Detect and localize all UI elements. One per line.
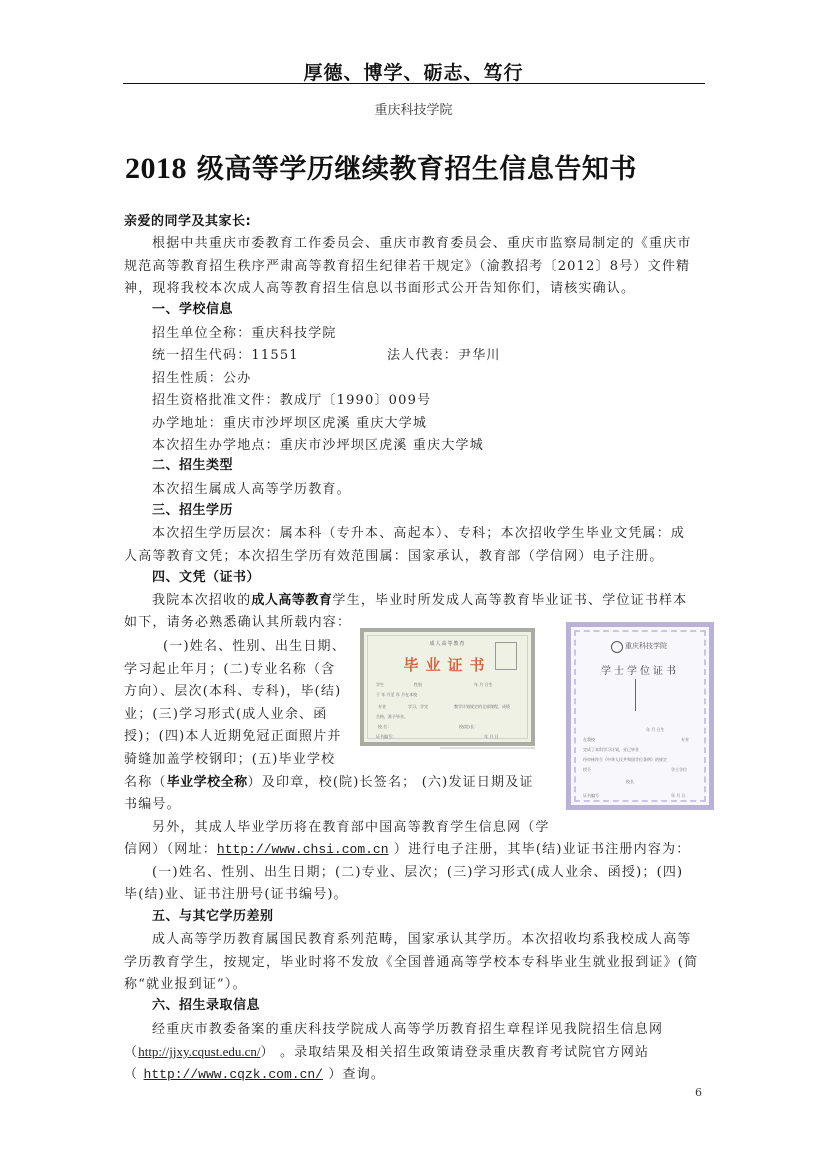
cqzk-link[interactable]: http://www.cqzk.com.cn/: [144, 1067, 323, 1082]
section-4-p1-line-1: 我院本次招收的成人高等教育学生，毕业时所发成人高等教育毕业证书、学位证书样本: [152, 593, 687, 609]
school-motto: 厚德、博学、砺志、笃行: [0, 58, 827, 85]
section-6-heading: 六、招生录取信息: [152, 998, 260, 1014]
degree-title: 学士学位证书: [571, 662, 709, 677]
section-5-line-3: 称“就业报到证”）。: [124, 977, 247, 993]
unit-name: 招生单位全称：重庆科技学院: [152, 326, 337, 342]
section-4-p2-line-3: (一)姓名、性别、出生日期；(二)专业、层次；(三)学习形式(成人业余、函授)；…: [152, 865, 683, 881]
section-5-line-1: 成人高等学历教育属国民教育系列范畴，国家承认其学历。本次招收均系我校成人高等: [152, 932, 692, 948]
cert-item-line-6: 骑缝加盖学校钢印；(五)毕业学校: [124, 752, 335, 768]
enrollment-nature: 招生性质：公办: [152, 371, 251, 387]
section-3-line-2: 人高等教育文凭；本次招生学历有效范围属：国家承认，教育部（学信网）电子注册。: [124, 549, 664, 565]
degree-school-name: 重庆科技学院: [625, 641, 667, 651]
section-1-heading: 一、学校信息: [152, 302, 233, 318]
section-3-line-1: 本次招生学历层次：属本科（专升本、高起本）、专科；本次招收学生毕业文凭属：成: [152, 526, 685, 542]
section-4-p1-line-2: 如下，请务必熟悉确认其所载内容：: [124, 615, 351, 631]
approval-document: 招生资格批准文件：教成厅〔1990〕009号: [152, 393, 431, 409]
cert-item-line-8: 书编号。: [124, 797, 181, 813]
cert-item-line-5: 授)；(四)本人近期免冠正面照片并: [124, 729, 342, 745]
title-year: 2018: [125, 152, 187, 185]
section-6-line-2: （http://jjxy.cqust.edu.cn/） 。录取结果及相关招生政策…: [124, 1044, 649, 1061]
legal-representative: 法人代表：尹华川: [387, 348, 501, 364]
cert-item-line-2: 学习起止年月；(二)专业名称（含: [124, 662, 335, 678]
salutation: 亲爱的同学及其家长:: [124, 214, 251, 230]
diploma-photo-box: [495, 642, 517, 670]
cert-item-line-7: 名称（毕业学校全称）及印章，校(院)长签名； (六)发证日期及证: [124, 775, 534, 791]
jjxy-link[interactable]: http://jjxy.cqust.edu.cn/: [138, 1044, 260, 1059]
section-2-heading: 二、招生类型: [152, 458, 233, 474]
section-2-text: 本次招生属成人高等学历教育。: [152, 482, 351, 498]
school-address: 办学地址：重庆市沙坪坝区虎溪 重庆大学城: [152, 416, 427, 432]
diploma-caption-strip: [440, 747, 535, 749]
header-rule: [123, 83, 705, 84]
bold-adult-higher-education: 成人高等教育: [251, 593, 332, 608]
cert-item-line-4: 业；(三)学习形式(成人业余、函: [124, 707, 327, 723]
degree-certificate-sample-image: 重庆科技学院 学士学位证书 年 月 日生 在我校 专业 完成了本科学习计划，业已…: [566, 622, 714, 810]
degree-photo-line: [635, 679, 636, 711]
section-3-heading: 三、招生学历: [152, 503, 233, 519]
cert-item-line-3: 方向）、层次(本科、专科)，毕(结): [124, 684, 341, 700]
document-title: 2018 级高等学历继续教育招生信息告知书: [125, 147, 637, 186]
bold-school-full-name: 毕业学校全称: [167, 775, 248, 790]
intro-line-2: 规范高等教育招生秩序严肃高等教育招生纪律若干规定》（渝教招考〔2012〕8号）文…: [124, 259, 690, 275]
section-6-line-3: （ http://www.cqzk.com.cn/ ）查询。: [124, 1067, 385, 1083]
section-5-heading: 五、与其它学历差别: [152, 909, 274, 925]
enrollment-code: 统一招生代码：11551: [152, 348, 299, 364]
section-4-heading: 四、文凭（证书）: [152, 570, 260, 586]
section-4-p2-line-1: 另外，其成人毕业学历将在教育部中国高等教育学生信息网（学: [152, 820, 550, 836]
intro-line-3: 神，现将我校本次成人高等教育招生信息以书面形式公开告知你们，请核实确认。: [124, 281, 635, 297]
title-text: 级高等学历继续教育招生信息告知书: [187, 154, 637, 185]
page-number: 6: [695, 1086, 702, 1099]
degree-inner-border: [574, 630, 706, 802]
chsi-link[interactable]: http://www.chsi.com.cn: [217, 842, 389, 857]
section-4-p2-line-2: 信网）（网址：http://www.chsi.com.cn ）进行电子注册，其毕…: [124, 842, 690, 858]
school-name-subheader: 重庆科技学院: [0, 99, 827, 118]
study-site: 本次招生办学地点：重庆市沙坪坝区虎溪 重庆大学城: [152, 438, 484, 454]
intro-line-1: 根据中共重庆市委教育工作委员会、重庆市教育委员会、重庆市监察局制定的《重庆市: [152, 236, 692, 252]
section-5-line-2: 学历教育学生，按规定，毕业时将不发放《全国普通高等学校本专科毕业生就业报到证》(…: [124, 955, 698, 971]
cert-item-line-1: (一)姓名、性别、出生日期、: [163, 639, 346, 655]
section-4-p2-line-4: 毕(结)业、证书注册号(证书编号)。: [124, 887, 348, 903]
school-logo-icon: [611, 641, 623, 653]
diploma-certificate-sample-image: 成人高等教育 毕业证书 学生 性别 年 月 日生 于 年 月至 年 月在本校 专…: [360, 628, 535, 746]
section-6-line-1: 经重庆市教委备案的重庆科技学院成人高等学历教育招生章程详见我院招生信息网: [152, 1022, 663, 1038]
